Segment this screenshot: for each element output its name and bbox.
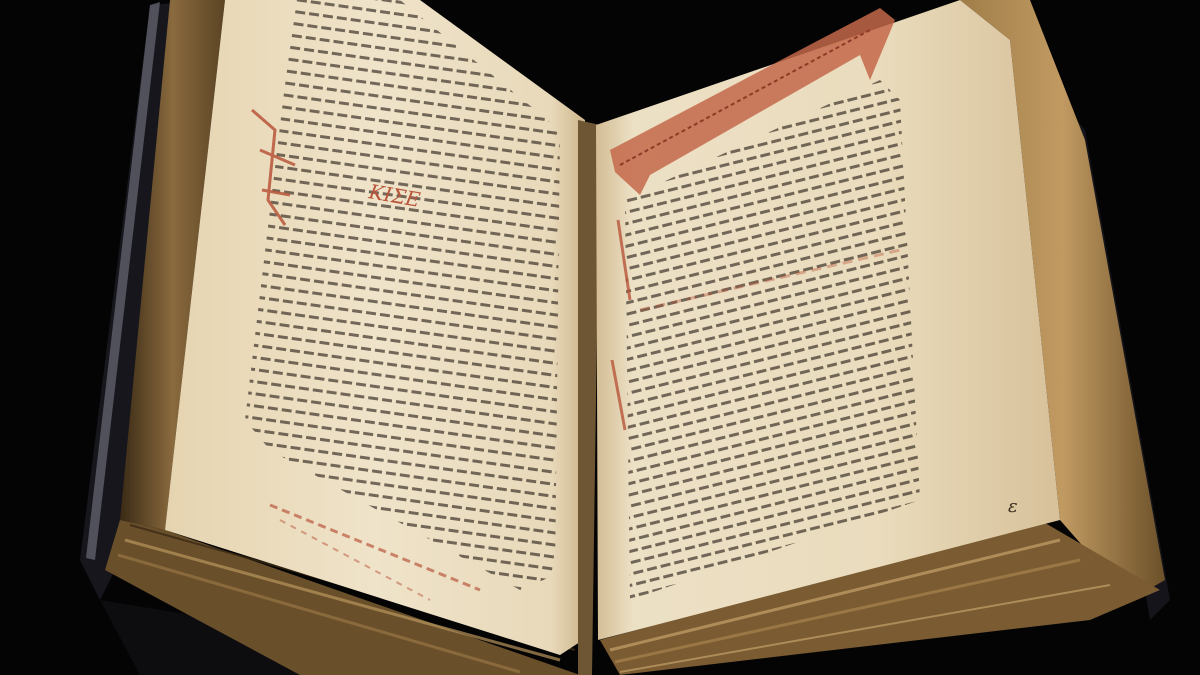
manuscript-photo: ΚΙΣΕ ε An old handwritten Greek manuscri… bbox=[0, 0, 1200, 675]
book-illustration: ΚΙΣΕ ε bbox=[0, 0, 1200, 675]
folio-mark: ε bbox=[1008, 496, 1018, 517]
